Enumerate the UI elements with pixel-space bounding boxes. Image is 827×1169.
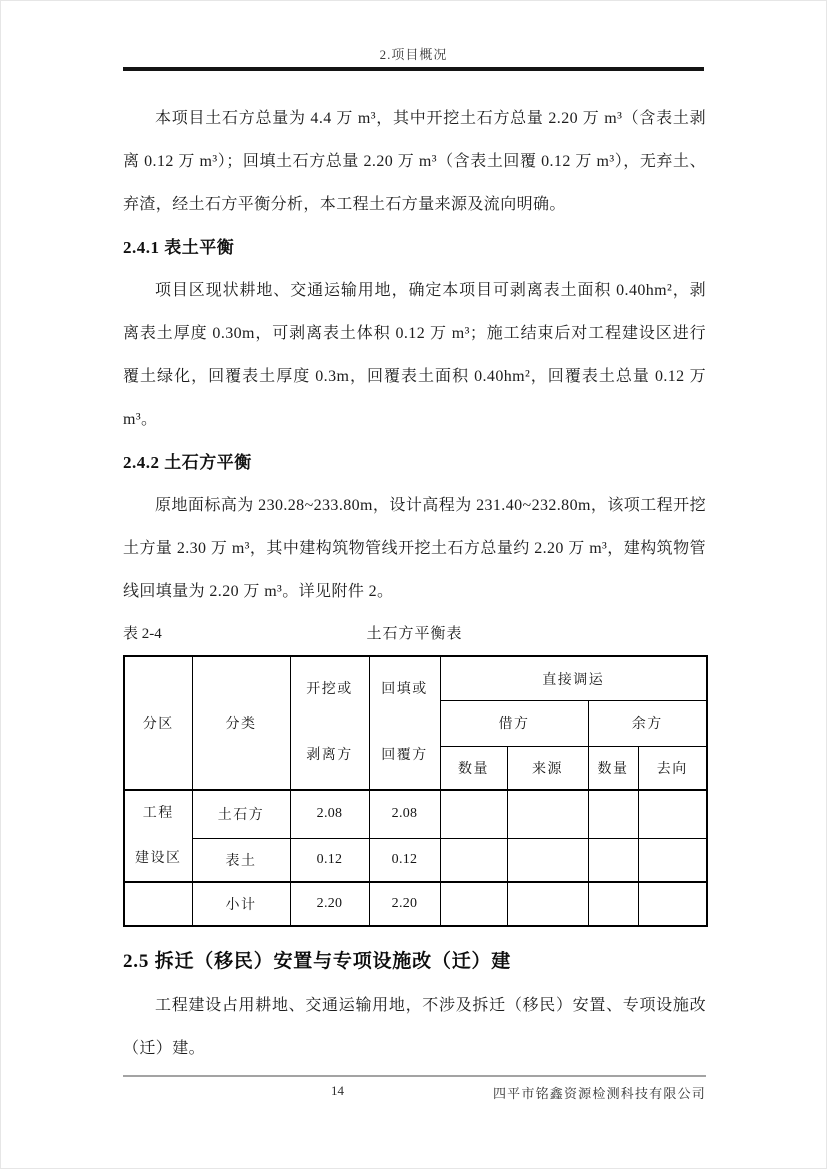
table-row: 工程 建设区 土石方 2.08 2.08 — [124, 790, 707, 838]
cell-backfill-value: 2.08 — [369, 790, 440, 838]
header-cell-zone: 分区 — [124, 656, 192, 790]
cell-borrow-qty — [440, 790, 507, 838]
cell-excavation-value: 0.12 — [290, 838, 369, 882]
footer-company-name: 四平市铭鑫资源检测科技有限公司 — [123, 1083, 706, 1102]
cell-surplus-qty — [588, 838, 638, 882]
cell-surplus-qty — [588, 790, 638, 838]
running-header-title: 2.项目概况 — [123, 46, 704, 64]
cell-backfill-value: 0.12 — [369, 838, 440, 882]
header-cell-borrow-source: 来源 — [507, 746, 588, 790]
cell-excavation-value: 2.08 — [290, 790, 369, 838]
header-double-rule — [123, 67, 704, 71]
cell-zone — [124, 882, 192, 926]
earthwork-balance-table: 分区 分类 开挖或 剥离方 回填或 回覆方 直接调运 借方 余方 数量 来源 数… — [123, 655, 708, 927]
cell-category: 表土 — [192, 838, 290, 882]
cell-zone: 工程 建设区 — [124, 790, 192, 882]
cell-category: 土石方 — [192, 790, 290, 838]
page-number: 14 — [331, 1083, 344, 1099]
header-cell-borrow: 借方 — [440, 701, 588, 747]
main-content: 本项目土石方总量为 4.4 万 m³，其中开挖土石方总量 2.20 万 m³（含… — [123, 97, 706, 1070]
cell-category: 小计 — [192, 882, 290, 926]
header-cell-category: 分类 — [192, 656, 290, 790]
cell-borrow-qty — [440, 882, 507, 926]
table-caption-label: 表 2-4 — [123, 613, 162, 655]
cell-surplus-dest — [638, 790, 707, 838]
cell-excavation-value: 2.20 — [290, 882, 369, 926]
heading-earthwork-balance: 2.4.2 土石方平衡 — [123, 441, 706, 484]
header-cell-borrow-qty: 数量 — [440, 746, 507, 790]
paragraph-earthwork-summary: 本项目土石方总量为 4.4 万 m³，其中开挖土石方总量 2.20 万 m³（含… — [123, 97, 706, 226]
table-caption-title: 土石方平衡表 — [123, 613, 706, 655]
document-page: 2.项目概况 本项目土石方总量为 4.4 万 m³，其中开挖土石方总量 2.20… — [0, 0, 827, 1169]
paragraph-earthwork-balance: 原地面标高为 230.28~233.80m，设计高程为 231.40~232.8… — [123, 484, 706, 613]
cell-borrow-source — [507, 790, 588, 838]
cell-borrow-qty — [440, 838, 507, 882]
cell-surplus-dest — [638, 882, 707, 926]
table-caption: 表 2-4 土石方平衡表 — [123, 613, 706, 655]
header-cell-surplus-qty: 数量 — [588, 746, 638, 790]
paragraph-topsoil-balance: 项目区现状耕地、交通运输用地，确定本项目可剥离表土面积 0.40hm²，剥离表土… — [123, 269, 706, 441]
cell-borrow-source — [507, 882, 588, 926]
heading-topsoil-balance: 2.4.1 表土平衡 — [123, 226, 706, 269]
header-cell-surplus-dest: 去向 — [638, 746, 707, 790]
heading-relocation: 2.5 拆迁（移民）安置与专项设施改（迁）建 — [123, 940, 706, 984]
page-header: 2.项目概况 — [123, 1, 704, 71]
cell-borrow-source — [507, 838, 588, 882]
header-cell-direct-transfer: 直接调运 — [440, 656, 707, 701]
header-cell-backfill: 回填或 回覆方 — [369, 656, 440, 790]
table-row: 表土 0.12 0.12 — [124, 838, 707, 882]
header-cell-surplus: 余方 — [588, 701, 707, 747]
page-footer: 14 四平市铭鑫资源检测科技有限公司 — [123, 1075, 706, 1102]
header-cell-excavation: 开挖或 剥离方 — [290, 656, 369, 790]
cell-backfill-value: 2.20 — [369, 882, 440, 926]
cell-surplus-qty — [588, 882, 638, 926]
table-row: 小计 2.20 2.20 — [124, 882, 707, 926]
paragraph-relocation: 工程建设占用耕地、交通运输用地，不涉及拆迁（移民）安置、专项设施改（迁）建。 — [123, 984, 706, 1070]
cell-surplus-dest — [638, 838, 707, 882]
